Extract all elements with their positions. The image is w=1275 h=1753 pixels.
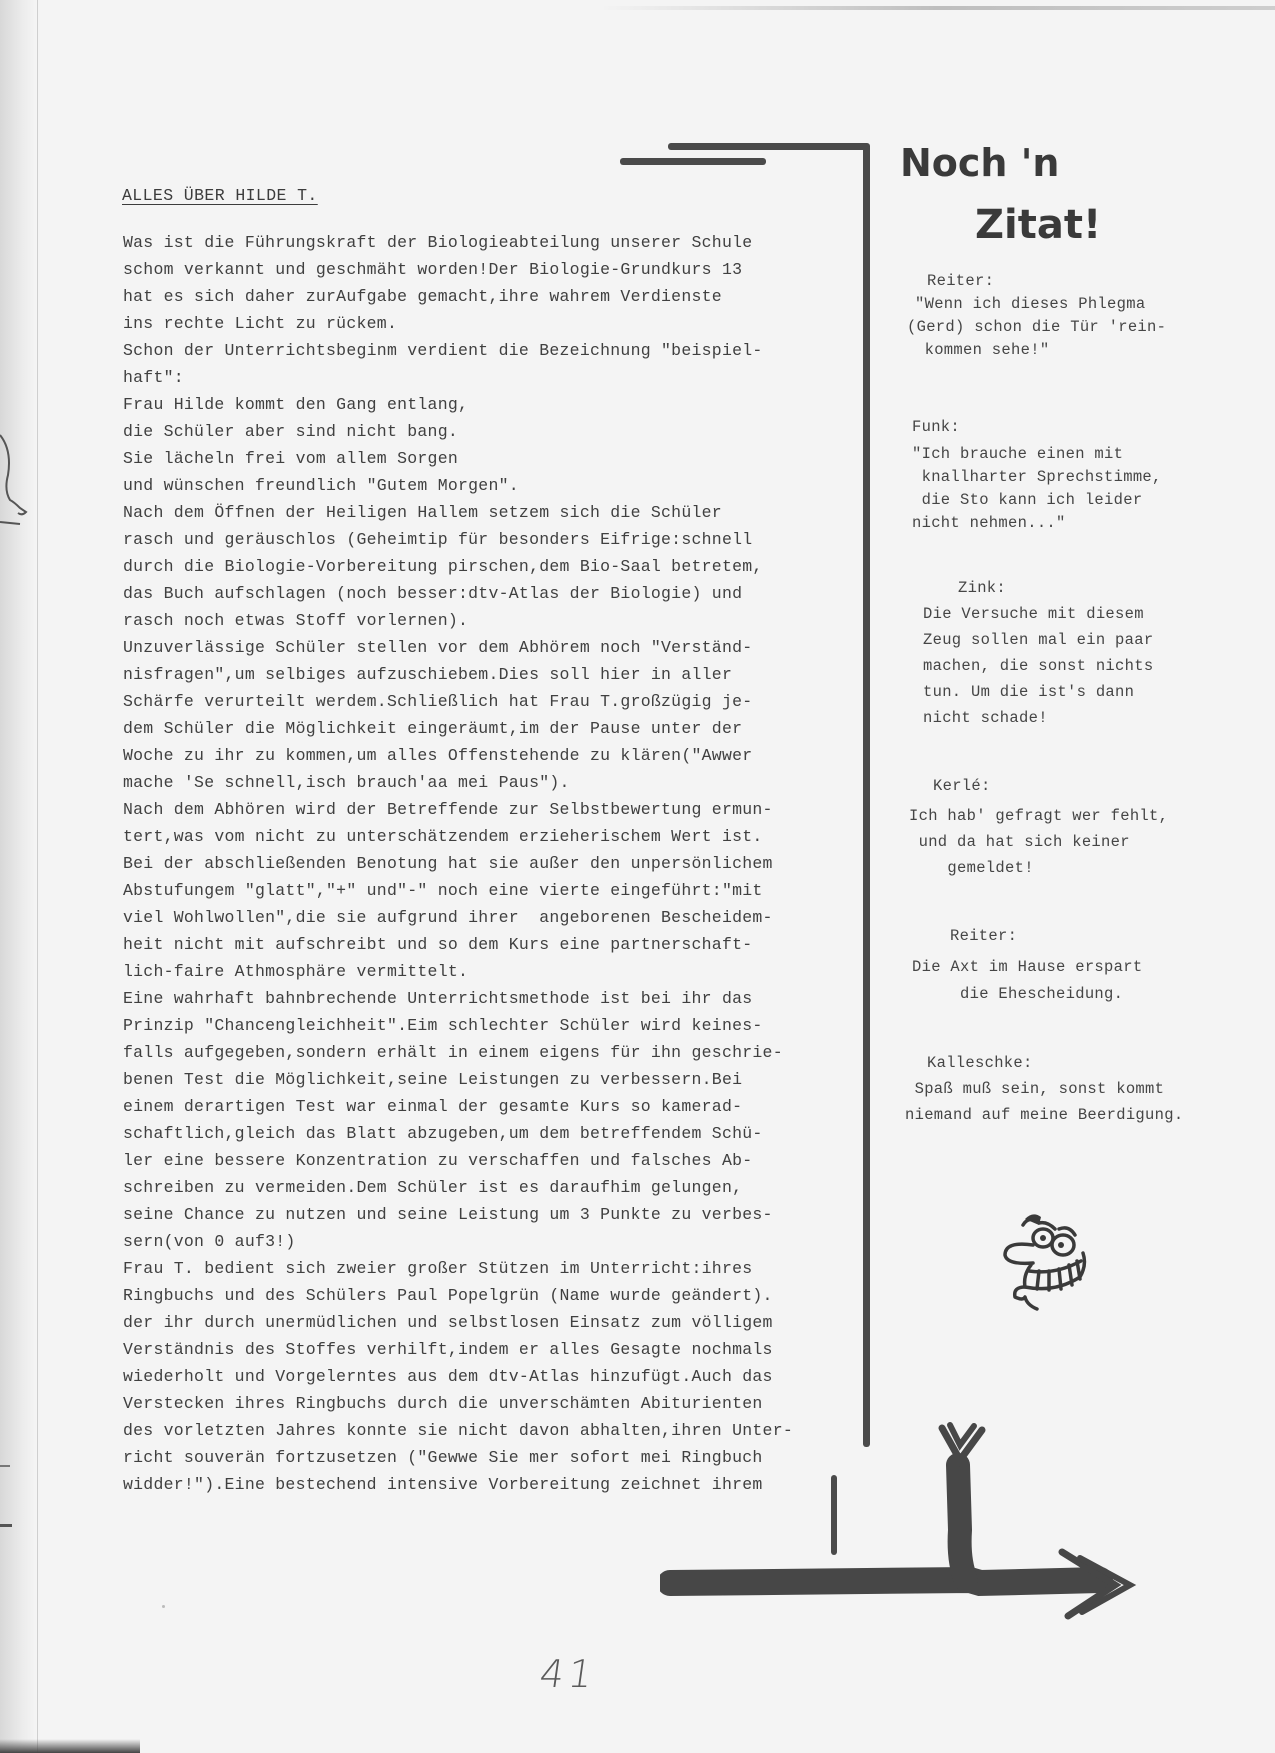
quote-line: "Wenn ich dieses Phlegma: [915, 293, 1166, 316]
article-line: der ihr durch unermüdlichen und selbstlo…: [123, 1309, 863, 1336]
article-line: mache 'Se schnell,isch brauch'aa mei Pau…: [123, 769, 863, 796]
quote-funk: Funk: "Ich brauche einen mit knallharter…: [912, 416, 1162, 535]
margin-mark: [0, 1465, 10, 1467]
quote-speaker: Reiter:: [915, 270, 1166, 293]
article-line: Schärfe verurteilt werdem.Schließlich ha…: [123, 688, 863, 715]
frame-line-top-short: [620, 158, 766, 165]
margin-mark: [0, 1524, 12, 1527]
article-line: ler eine bessere Konzentration zu versch…: [123, 1147, 863, 1174]
article-line: Was ist die Führungskraft der Biologieab…: [123, 229, 863, 256]
article-body: Was ist die Führungskraft der Biologieab…: [123, 229, 863, 1498]
article-line: Nach dem Abhören wird der Betreffende zu…: [123, 796, 863, 823]
article-title: ALLES ÜBER HILDE T.: [122, 186, 318, 205]
article-line: rasch noch etwas Stoff vorlernen).: [123, 607, 863, 634]
article-line: falls aufgegeben,sondern erhält in einem…: [123, 1039, 863, 1066]
quote-reiter-1: Reiter: "Wenn ich dieses Phlegma (Gerd) …: [915, 270, 1166, 362]
article-line: Schon der Unterrichtsbeginm verdient die…: [123, 337, 863, 364]
page-top-edge: [600, 6, 1275, 10]
article-line: rasch und geräuschlos (Geheimtip für bes…: [123, 526, 863, 553]
quote-zink: Zink: Die Versuche mit diesem Zeug solle…: [923, 575, 1153, 731]
article-line: wiederholt und Vorgelerntes aus dem dtv-…: [123, 1363, 863, 1390]
article-line: einem derartigen Test war einmal der ges…: [123, 1093, 863, 1120]
drawn-arrow-icon: [660, 1420, 1140, 1620]
article-line: Verständnis des Stoffes verhilft,indem e…: [123, 1336, 863, 1363]
scan-speck: [162, 1605, 165, 1608]
frame-line-top: [668, 143, 870, 150]
article-line: viel Wohlwollen",die sie aufgrund ihrer …: [123, 904, 863, 931]
article-line: haft":: [123, 364, 863, 391]
quote-kalleschke: Kalleschke: Spaß muß sein, sonst kommt n…: [905, 1050, 1183, 1128]
article-line: heit nicht mit aufschreibt und so dem Ku…: [123, 931, 863, 958]
article-line: Abstufungem "glatt","+" und"-" noch eine…: [123, 877, 863, 904]
article-line: und wünschen freundlich "Gutem Morgen".: [123, 472, 863, 499]
sidebar-title: Noch 'n Zitat!: [900, 140, 1160, 250]
article-line: die Schüler aber sind nicht bang.: [123, 418, 863, 445]
article-line: schreiben zu vermeiden.Dem Schüler ist e…: [123, 1174, 863, 1201]
article-line: Nach dem Öffnen der Heiligen Hallem setz…: [123, 499, 863, 526]
article-line: hat es sich daher zurAufgabe gemacht,ihr…: [123, 283, 863, 310]
article-line: Frau T. bedient sich zweier großer Stütz…: [123, 1255, 863, 1282]
quote-line: (Gerd) schon die Tür 'rein-: [907, 316, 1166, 339]
quote-line: Ich hab' gefragt wer fehlt,: [909, 803, 1168, 829]
quote-speaker: Reiter:: [912, 923, 1142, 950]
quote-line: die Sto kann ich leider: [912, 489, 1162, 512]
frame-line-right: [863, 145, 870, 1447]
article-line: schom verkannt und geschmäht worden!Der …: [123, 256, 863, 283]
quote-line: niemand auf meine Beerdigung.: [905, 1102, 1183, 1128]
quote-line: "Ich brauche einen mit: [912, 443, 1162, 466]
quote-line: Die Axt im Hause erspart: [912, 954, 1142, 981]
article-line: Woche zu ihr zu kommen,um alles Offenste…: [123, 742, 863, 769]
article-line: Unzuverlässige Schüler stellen vor dem A…: [123, 634, 863, 661]
page-fold-line: [37, 0, 38, 1753]
grinning-face-doodle-icon: [995, 1205, 1095, 1315]
article-line: ins rechte Licht zu rückem.: [123, 310, 863, 337]
article-line: seine Chance zu nutzen und seine Leistun…: [123, 1201, 863, 1228]
article-line: sern(von 0 auf3!): [123, 1228, 863, 1255]
article-line: tert,was vom nicht zu unterschätzendem e…: [123, 823, 863, 850]
article-line: benen Test die Möglichkeit,seine Leistun…: [123, 1066, 863, 1093]
article-line: Eine wahrhaft bahnbrechende Unterrichtsm…: [123, 985, 863, 1012]
page-number: 41: [537, 1652, 600, 1696]
quote-speaker: Kerlé:: [909, 773, 1168, 799]
quote-speaker: Zink:: [923, 575, 1153, 601]
article-line: durch die Biologie-Vorbereitung pirschen…: [123, 553, 863, 580]
quote-line: die Ehescheidung.: [912, 981, 1142, 1008]
quote-line: machen, die sonst nichts: [923, 653, 1153, 679]
quote-reiter-2: Reiter: Die Axt im Hause erspart die Ehe…: [912, 923, 1142, 1008]
article-line: dem Schüler die Möglichkeit eingeräumt,i…: [123, 715, 863, 742]
quote-line: knallharter Sprechstimme,: [912, 466, 1162, 489]
quote-line: gemeldet!: [909, 855, 1168, 881]
quote-line: kommen sehe!": [915, 339, 1166, 362]
quote-line: Die Versuche mit diesem: [923, 601, 1153, 627]
article-line: nisfragen",um selbiges aufzuschiebem.Die…: [123, 661, 863, 688]
quote-line: tun. Um die ist's dann: [923, 679, 1153, 705]
quote-speaker: Funk:: [912, 416, 1162, 439]
article-line: Ringbuchs und des Schülers Paul Popelgrü…: [123, 1282, 863, 1309]
article-line: lich-faire Athmosphäre vermittelt.: [123, 958, 863, 985]
article-line: Frau Hilde kommt den Gang entlang,: [123, 391, 863, 418]
quote-speaker: Kalleschke:: [905, 1050, 1183, 1076]
sidebar-title-line2: Zitat!: [975, 202, 1101, 248]
page-edge-left: [0, 0, 38, 1753]
quote-kerle: Kerlé: Ich hab' gefragt wer fehlt, und d…: [909, 773, 1168, 881]
quote-line: und da hat sich keiner: [909, 829, 1168, 855]
article-line: Prinzip "Chancengleichheit".Eim schlecht…: [123, 1012, 863, 1039]
quote-line: nicht schade!: [923, 705, 1153, 731]
sidebar-title-line1: Noch 'n: [900, 141, 1059, 185]
article-line: Sie lächeln frei vom allem Sorgen: [123, 445, 863, 472]
article-line: Verstecken ihres Ringbuchs durch die unv…: [123, 1390, 863, 1417]
article-line: das Buch aufschlagen (noch besser:dtv-At…: [123, 580, 863, 607]
quote-line: Spaß muß sein, sonst kommt: [905, 1076, 1183, 1102]
quote-line: nicht nehmen...": [912, 512, 1162, 535]
article-line: Bei der abschließenden Benotung hat sie …: [123, 850, 863, 877]
article-line: schaftlich,gleich das Blatt abzugeben,um…: [123, 1120, 863, 1147]
quote-line: Zeug sollen mal ein paar: [923, 627, 1153, 653]
margin-doodle-icon: [0, 430, 30, 530]
scan-shadow: [0, 1739, 140, 1753]
